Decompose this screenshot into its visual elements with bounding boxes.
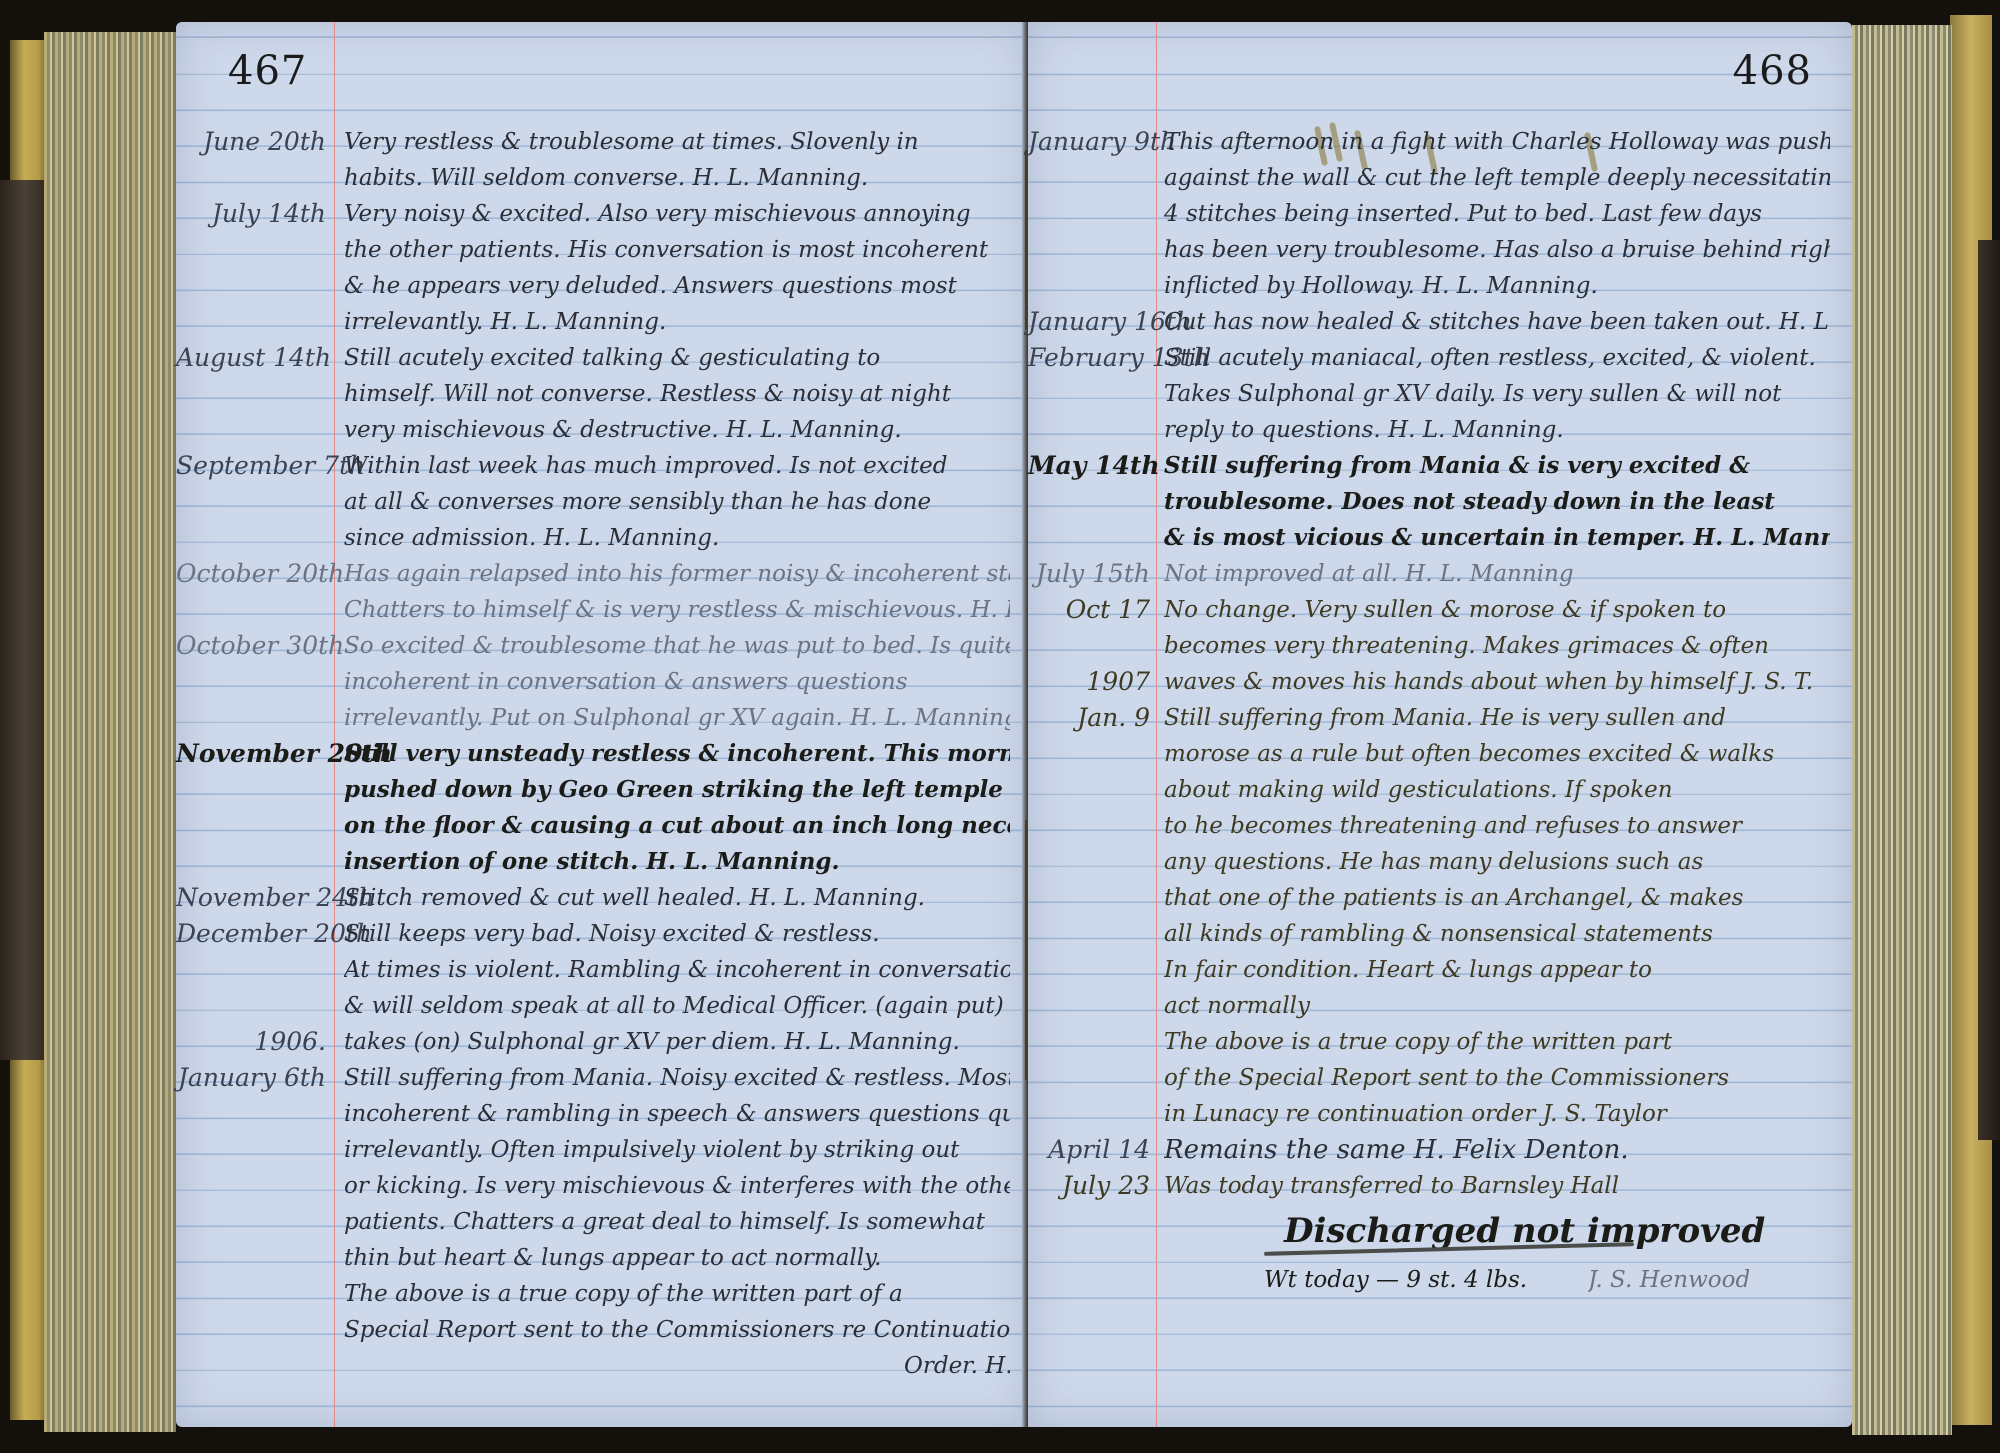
entry-text: & he appears very deluded. Answers quest…	[344, 268, 1010, 304]
open-ledger-book: 467 June 20thVery restless & troublesome…	[0, 0, 2000, 1453]
entry-text: Still acutely maniacal, often restless, …	[1164, 340, 1830, 376]
entry-text: Still keeps very bad. Noisy excited & re…	[344, 916, 1010, 952]
entry-text: This afternoon in a fight with Charles H…	[1164, 124, 1830, 160]
entry-text: has been very troublesome. Has also a br…	[1164, 232, 1830, 268]
entry-text: or kicking. Is very mischievous & interf…	[344, 1168, 1010, 1204]
entry-text: all kinds of rambling & nonsensical stat…	[1164, 916, 1830, 952]
entry-text: to he becomes threatening and refuses to…	[1164, 808, 1830, 844]
entry-text: very mischievous & destructive. H. L. Ma…	[344, 412, 1010, 448]
entry-text: the other patients. His conversation is …	[344, 232, 1010, 268]
case-entry: February 13thStill acutely maniacal, oft…	[1028, 340, 1852, 448]
entry-text: & will seldom speak at all to Medical Of…	[344, 988, 1010, 1024]
entry-text: troublesome. Does not steady down in the…	[1164, 484, 1830, 520]
entry-list: January 9thThis afternoon in a fight wit…	[1028, 124, 1852, 1302]
entry-text: Remains the same H. Felix Denton.	[1164, 1132, 1830, 1168]
signature-text: Order. H. L. Manning.	[344, 1348, 1010, 1384]
entry-text: thin but heart & lungs appear to act nor…	[344, 1240, 1010, 1276]
entry-text: himself. Will not converse. Restless & n…	[344, 376, 1010, 412]
entry-text: Still suffering from Mania. He is very s…	[1164, 700, 1830, 736]
entry-text: waves & moves his hands about when by hi…	[1164, 664, 1830, 700]
case-entry: October 20thHas again relapsed into his …	[176, 556, 1028, 628]
entry-text: irrelevantly. Often impulsively violent …	[344, 1132, 1010, 1168]
year-note: 1907	[1028, 664, 1150, 700]
right-page-block-edges	[1852, 25, 1952, 1435]
entry-text: Special Report sent to the Commissioners…	[344, 1312, 1010, 1348]
entry-text: Cut has now healed & stitches have been …	[1164, 304, 1830, 340]
entry-text: that one of the patients is an Archangel…	[1164, 880, 1830, 916]
entry-text: patients. Chatters a great deal to himse…	[344, 1204, 1010, 1240]
entry-text: act normally	[1164, 988, 1830, 1024]
entry-text: irrelevantly. H. L. Manning.	[344, 304, 1010, 340]
entry-date: January 6th	[176, 1060, 326, 1096]
case-entry: May 14thStill suffering from Mania & is …	[1028, 448, 1852, 556]
entry-date: August 14th	[176, 340, 326, 376]
entry-text: takes (on) Sulphonal gr XV per diem. H. …	[344, 1024, 1010, 1060]
entry-text: insertion of one stitch. H. L. Manning.	[344, 844, 1010, 880]
entry-date: November 24th	[176, 880, 326, 916]
entry-date: April 14	[1028, 1132, 1150, 1168]
case-entry: January 16thCut has now healed & stitche…	[1028, 304, 1852, 340]
right-page: 468 January 9thThis afternoon in a fight…	[1028, 22, 1852, 1427]
discharge-entry: Discharged not improved Wt today — 9 st.…	[1028, 1204, 1852, 1302]
entry-text: In fair condition. Heart & lungs appear …	[1164, 952, 1830, 988]
entry-date: January 16th	[1028, 304, 1150, 340]
year-note: 1906.	[176, 1024, 326, 1060]
entry-date: February 13th	[1028, 340, 1150, 376]
entry-text: against the wall & cut the left temple d…	[1164, 160, 1830, 196]
entry-text: incoherent in conversation & answers que…	[344, 664, 1010, 700]
entry-date: Jan. 9	[1028, 700, 1150, 736]
case-entry: July 14thVery noisy & excited. Also very…	[176, 196, 1028, 340]
entry-text: No change. Very sullen & morose & if spo…	[1164, 592, 1830, 628]
entry-text: about making wild gesticulations. If spo…	[1164, 772, 1830, 808]
entry-date: Oct 17	[1028, 592, 1150, 628]
entry-text: So excited & troublesome that he was put…	[344, 628, 1010, 664]
case-entry: January 9thThis afternoon in a fight wit…	[1028, 124, 1852, 304]
entry-date: October 30th	[176, 628, 326, 664]
entry-date: July 23	[1028, 1168, 1150, 1204]
case-entry: August 14thStill acutely excited talking…	[176, 340, 1028, 448]
case-entry: April 14Remains the same H. Felix Denton…	[1028, 1132, 1852, 1168]
entry-text: habits. Will seldom converse. H. L. Mann…	[344, 160, 1010, 196]
case-entry: December 20thStill keeps very bad. Noisy…	[176, 916, 1028, 1060]
left-page-block-edges	[44, 32, 176, 1432]
entry-date: November 20th	[176, 736, 326, 772]
entry-text: pushed down by Geo Green striking the le…	[344, 772, 1010, 808]
entry-text: Takes Sulphonal gr XV daily. Is very sul…	[1164, 376, 1830, 412]
page-number: 468	[1733, 48, 1812, 94]
entry-text: morose as a rule but often becomes excit…	[1164, 736, 1830, 772]
entry-date: December 20th	[176, 916, 326, 952]
left-cover-cloth	[0, 180, 50, 1060]
entry-date: June 20th	[176, 124, 326, 160]
entry-text: since admission. H. L. Manning.	[344, 520, 1010, 556]
case-entry: July 23 Was today transferred to Barnsle…	[1028, 1168, 1852, 1204]
case-entry: Jan. 9Still suffering from Mania. He is …	[1028, 700, 1852, 1132]
case-entry: January 6thStill suffering from Mania. N…	[176, 1060, 1028, 1384]
entry-date: July 14th	[176, 196, 326, 232]
entry-text: of the Special Report sent to the Commis…	[1164, 1060, 1830, 1096]
entry-text: The above is a true copy of the written …	[1164, 1024, 1830, 1060]
entry-text: Very noisy & excited. Also very mischiev…	[344, 196, 1010, 232]
discharge-note: Discharged not improved	[1164, 1204, 1830, 1258]
left-page: 467 June 20thVery restless & troublesome…	[176, 22, 1028, 1427]
entry-text: becomes very threatening. Makes grimaces…	[1164, 628, 1830, 664]
case-entry: November 24thStitch removed & cut well h…	[176, 880, 1028, 916]
entry-text: Was today transferred to Barnsley Hall	[1164, 1168, 1830, 1204]
entry-text: Still very unsteady restless & incoheren…	[344, 736, 1010, 772]
entry-date: October 20th	[176, 556, 326, 592]
case-entry: November 20thStill very unsteady restles…	[176, 736, 1028, 880]
entry-text: Stitch removed & cut well healed. H. L. …	[344, 880, 1010, 916]
entry-date: July 15th	[1028, 556, 1150, 592]
entry-text: Still acutely excited talking & gesticul…	[344, 340, 1010, 376]
entry-text: reply to questions. H. L. Manning.	[1164, 412, 1830, 448]
entry-date: May 14th	[1028, 448, 1150, 484]
entry-text: any questions. He has many delusions suc…	[1164, 844, 1830, 880]
entry-text: & is most vicious & uncertain in temper.…	[1164, 520, 1830, 556]
entry-text: Very restless & troublesome at times. Sl…	[344, 124, 1010, 160]
entry-text: at all & converses more sensibly than he…	[344, 484, 1010, 520]
right-cover-cloth	[1978, 240, 2000, 1140]
entry-text: Still suffering from Mania. Noisy excite…	[344, 1060, 1010, 1096]
case-entry: October 30thSo excited & troublesome tha…	[176, 628, 1028, 736]
entry-text: Still suffering from Mania & is very exc…	[1164, 448, 1830, 484]
entry-text: on the floor & causing a cut about an in…	[344, 808, 1010, 844]
entry-date: September 7th	[176, 448, 326, 484]
entry-text: in Lunacy re continuation order J. S. Ta…	[1164, 1096, 1830, 1132]
entry-text: 4 stitches being inserted. Put to bed. L…	[1164, 196, 1830, 232]
entry-text: inflicted by Holloway. H. L. Manning.	[1164, 268, 1830, 304]
entry-text: irrelevantly. Put on Sulphonal gr XV aga…	[344, 700, 1010, 736]
case-entry: September 7thWithin last week has much i…	[176, 448, 1028, 556]
entry-text: Within last week has much improved. Is n…	[344, 448, 1010, 484]
entry-text: At times is violent. Rambling & incohere…	[344, 952, 1010, 988]
entry-text: incoherent & rambling in speech & answer…	[344, 1096, 1010, 1132]
case-entry: Oct 17No change. Very sullen & morose & …	[1028, 592, 1852, 700]
entry-text: The above is a true copy of the written …	[344, 1276, 1010, 1312]
case-entry: June 20thVery restless & troublesome at …	[176, 124, 1028, 196]
page-number: 467	[228, 48, 307, 94]
case-entry: July 15thNot improved at all. H. L. Mann…	[1028, 556, 1852, 592]
entry-date: January 9th	[1028, 124, 1150, 160]
entry-text: Chatters to himself & is very restless &…	[344, 592, 1010, 628]
entry-text: Not improved at all. H. L. Manning	[1164, 556, 1830, 592]
entry-text: Has again relapsed into his former noisy…	[344, 556, 1010, 592]
signature: J. S. Henwood	[1588, 1258, 1830, 1302]
entry-list: June 20thVery restless & troublesome at …	[176, 124, 1028, 1384]
